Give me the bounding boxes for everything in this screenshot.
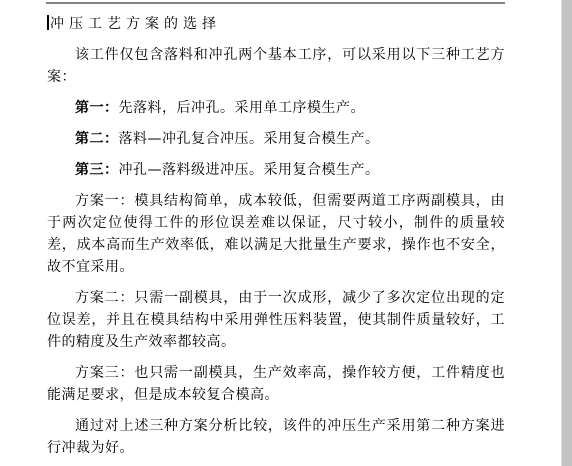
document-title-text: 冲压工艺方案的选择 xyxy=(50,16,221,32)
option-1-text: 先落料，后冲孔。采用单工序模生产。 xyxy=(119,100,366,116)
text-boundary-line xyxy=(46,2,505,4)
option-1: 第一：先落料，后冲孔。采用单工序模生产。 xyxy=(47,97,505,119)
option-2-text: 落料—冲孔复合冲压。采用复合模生产。 xyxy=(119,131,380,147)
document-page[interactable]: 冲压工艺方案的选择 该工件仅包含落料和冲孔两个基本工序，可以采用以下三种工艺方案… xyxy=(47,13,505,466)
analysis-paragraph-1: 方案一：模具结构简单，成本较低，但需要两道工序两副模具，由于两次定位使得工件的形… xyxy=(47,190,505,278)
option-3: 第三：冲孔—落料级进冲压。采用复合模生产。 xyxy=(47,159,505,181)
document-window: 冲压工艺方案的选择 该工件仅包含落料和冲孔两个基本工序，可以采用以下三种工艺方案… xyxy=(0,0,572,466)
conclusion-paragraph: 通过对上述三种方案分析比较，该件的冲压生产采用第二种方案进行冲裁为好。 xyxy=(47,415,505,459)
option-3-text: 冲孔—落料级进冲压。采用复合模生产。 xyxy=(119,162,380,178)
analysis-paragraph-3: 方案三：也只需一副模具，生产效率高，操作较方便，工件精度也能满足要求，但是成本较… xyxy=(47,362,505,406)
scrollbar-track[interactable] xyxy=(561,0,572,466)
text-cursor xyxy=(47,15,49,30)
option-3-label: 第三： xyxy=(75,162,119,178)
option-1-label: 第一： xyxy=(75,100,119,116)
intro-paragraph: 该工件仅包含落料和冲孔两个基本工序，可以采用以下三种工艺方案： xyxy=(47,44,505,88)
option-2-label: 第二： xyxy=(75,131,119,147)
option-2: 第二：落料—冲孔复合冲压。采用复合模生产。 xyxy=(47,128,505,150)
analysis-paragraph-2: 方案二：只需一副模具，由于一次成形，减少了多次定位出现的定位误差，并且在模具结构… xyxy=(47,287,505,353)
document-title: 冲压工艺方案的选择 xyxy=(47,13,505,35)
